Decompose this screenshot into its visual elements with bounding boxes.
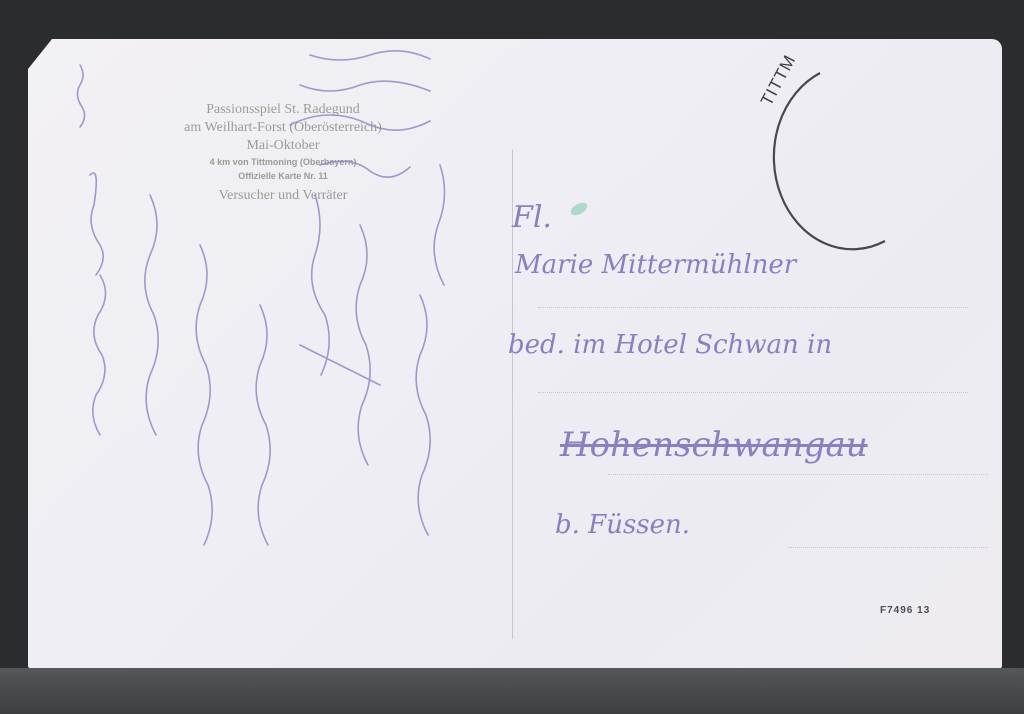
address-line: [538, 392, 968, 393]
display-shelf: [0, 668, 1024, 714]
address-line-5: b. Füssen.: [555, 510, 690, 540]
address-line-4: Hohenschwangau: [560, 425, 868, 465]
address-line: [788, 547, 988, 548]
address-line-3: bed. im Hotel Schwan in: [508, 330, 832, 360]
handwritten-message: [60, 45, 490, 665]
address-line-2: Marie Mittermühlner: [515, 250, 796, 280]
address-line: [608, 474, 988, 475]
address-line: [538, 307, 968, 308]
address-line-1: Fl.: [512, 200, 552, 235]
publisher-code: F7496 13: [880, 605, 930, 616]
